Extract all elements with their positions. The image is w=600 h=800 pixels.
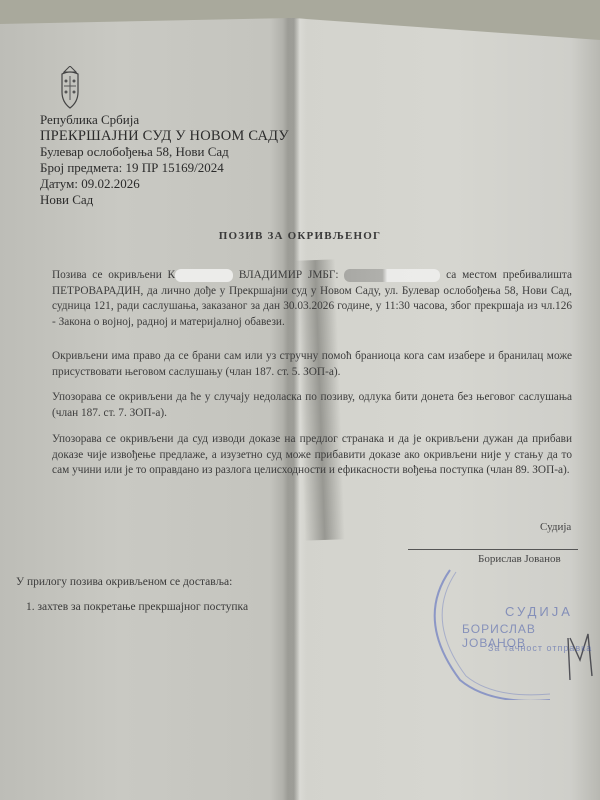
- date-label: Датум:: [40, 176, 78, 191]
- coat-of-arms-icon: [58, 66, 82, 110]
- attachments-list: 1. захтев за покретање прекршајног посту…: [26, 601, 248, 613]
- document-header: Република Србија ПРЕКРШАЈНИ СУД У НОВОМ …: [40, 112, 289, 208]
- attachments-heading: У прилогу позива окривљеном се доставља:: [16, 576, 232, 588]
- case-number: 19 ПР 15169/2024: [125, 160, 223, 175]
- document-date: 09.02.2026: [81, 176, 140, 191]
- paragraph-warning-evidence: Упозорава се окривљени да суд изводи док…: [52, 432, 572, 479]
- stamp-line-3: За тачност отправка: [488, 643, 592, 653]
- country-name: Република Србија: [40, 112, 289, 128]
- paragraph-summons: Позива се окривљени К ВЛАДИМИР ЈМБГ: са …: [52, 268, 572, 330]
- paragraph-warning-absence: Упозорава се окривљени да ће у случају н…: [52, 390, 572, 421]
- case-number-label: Број предмета:: [40, 160, 122, 175]
- redacted-jmbg: [344, 269, 440, 282]
- court-address: Булевар ослобођења 58, Нови Сад: [40, 144, 289, 160]
- summons-text-name: ВЛАДИМИР ЈМБГ:: [233, 269, 344, 281]
- redacted-surname: [175, 269, 233, 282]
- document-title: ПОЗИВ ЗА ОКРИВЉЕНОГ: [0, 230, 600, 242]
- summons-text-start: Позива се окривљени К: [52, 269, 175, 281]
- signature-role: Судија: [540, 521, 571, 533]
- court-name: ПРЕКРШАЈНИ СУД У НОВОМ САДУ: [40, 128, 289, 144]
- attachment-item: 1. захтев за покретање прекршајног посту…: [26, 601, 248, 613]
- date-line: Датум: 09.02.2026: [40, 176, 289, 192]
- paragraph-right-to-defense: Окривљени има право да се брани сам или …: [52, 349, 572, 380]
- document-city: Нови Сад: [40, 192, 289, 208]
- stamp-line-1: СУДИЈА: [505, 604, 573, 619]
- case-number-line: Број предмета: 19 ПР 15169/2024: [40, 160, 289, 176]
- signature-line: [408, 549, 578, 550]
